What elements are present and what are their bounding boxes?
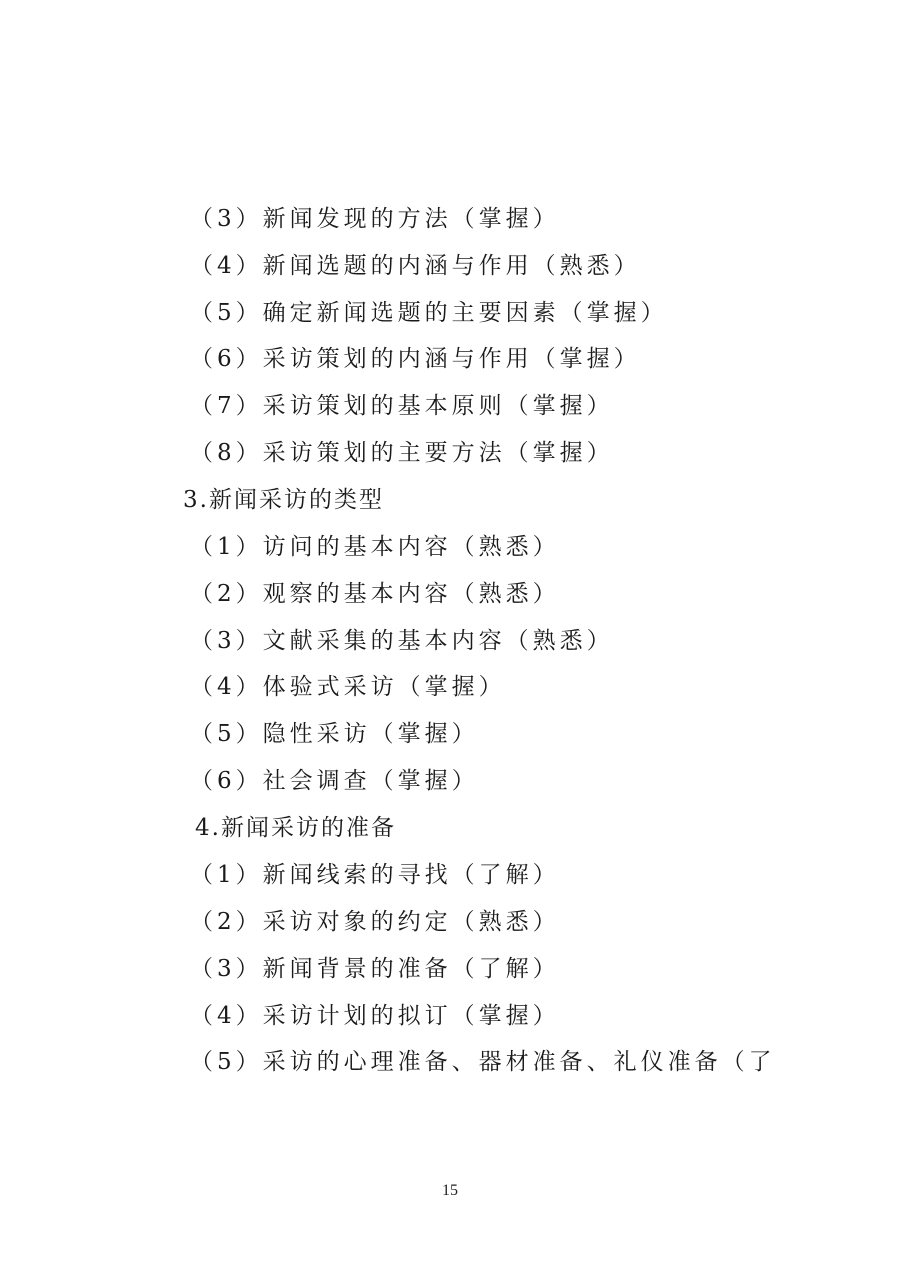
- list-item: （6）采访策划的内涵与作用（掌握）: [190, 344, 641, 374]
- list-item: （2）观察的基本内容（熟悉）: [190, 579, 560, 609]
- section-heading: 3.新闻采访的类型: [183, 485, 384, 515]
- list-item: （7）采访策划的基本原则（掌握）: [190, 391, 614, 421]
- list-item: （4）新闻选题的内涵与作用（熟悉）: [190, 251, 641, 281]
- list-item: （1）访问的基本内容（熟悉）: [190, 532, 560, 562]
- list-item: （4）采访计划的拟订（掌握）: [190, 1001, 560, 1031]
- list-item: （3）新闻发现的方法（掌握）: [190, 204, 560, 234]
- list-item: （5）确定新闻选题的主要因素（掌握）: [190, 298, 668, 328]
- list-item: （2）采访对象的约定（熟悉）: [190, 907, 560, 937]
- list-item: （5）采访的心理准备、器材准备、礼仪准备（了: [190, 1047, 776, 1077]
- list-item: （5）隐性采访（掌握）: [190, 719, 479, 749]
- list-item: （6）社会调查（掌握）: [190, 766, 479, 796]
- list-item: （4）体验式采访（掌握）: [190, 672, 506, 702]
- list-item: （8）采访策划的主要方法（掌握）: [190, 438, 614, 468]
- list-item: （3）文献采集的基本内容（熟悉）: [190, 626, 614, 656]
- list-item: （1）新闻线索的寻找（了解）: [190, 860, 560, 890]
- page-number: 15: [0, 1182, 900, 1200]
- list-item: （3）新闻背景的准备（了解）: [190, 954, 560, 984]
- section-heading: 4.新闻采访的准备: [195, 813, 396, 843]
